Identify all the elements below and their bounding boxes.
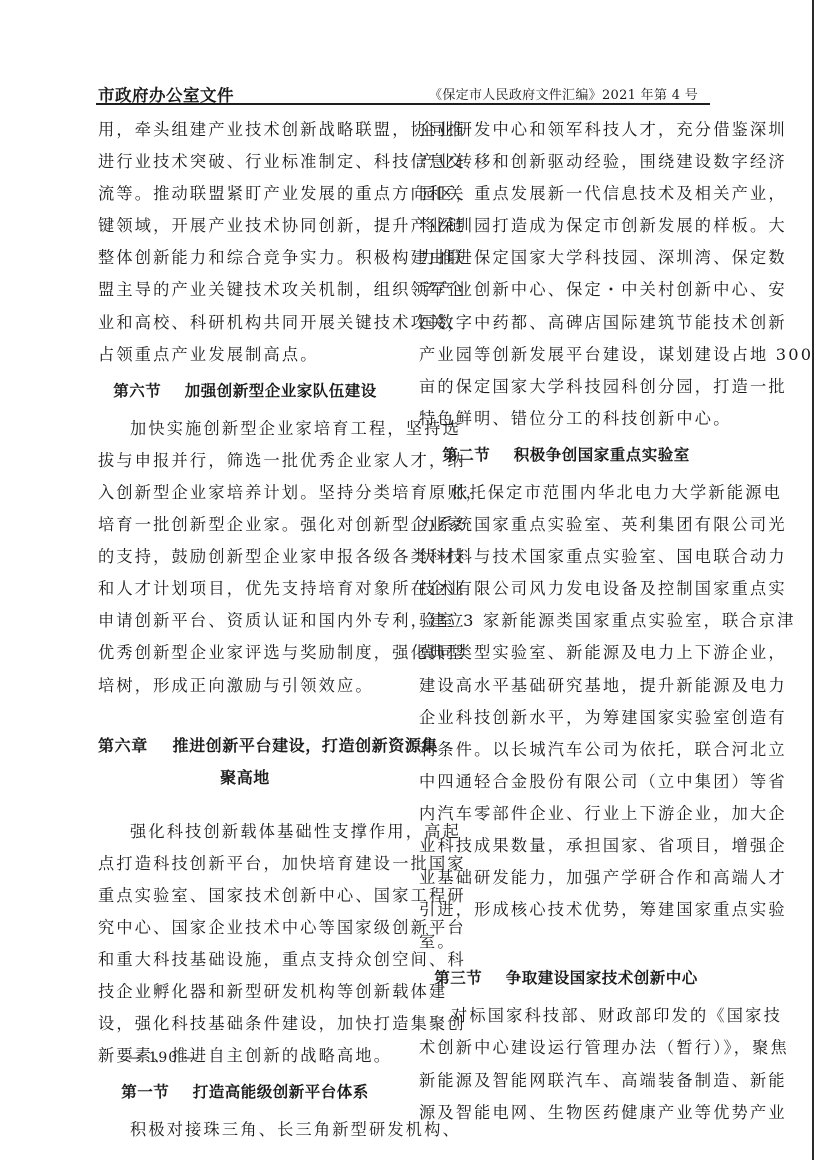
section-title-second: 第二节 积极争创国家重点实验室 (419, 439, 713, 471)
text-line: 企业研发中心和领军科技人才，充分借鉴深圳 (419, 114, 713, 146)
text-line: 业科技成果数量，承担国家、省项目，增强企 (419, 830, 713, 862)
text-line: 字产业创新中心、保定・中关村创新中心、安 (419, 274, 713, 306)
text-line: 和人才计划项目，优先支持培育对象所在企业 (98, 573, 392, 605)
text-line: 冀同类型实验室、新能源及电力上下游企业， (419, 637, 713, 669)
text-line: 用，牵头组建产业技术创新战略联盟，协同推 (98, 114, 392, 146)
text-line: 依托保定市范围内华北电力大学新能源电 (419, 477, 713, 509)
paragraph-platform-support: 强化科技创新载体基础性支撑作用，高起点打造科技创新平台，加快培育建设一批国家重点… (98, 816, 392, 1073)
text-line: 加快实施创新型企业家培育工程，坚持选 (98, 413, 392, 445)
text-line: 伏材料与技术国家重点实验室、国电联合动力 (419, 541, 713, 573)
right-column: 企业研发中心和领军科技人才，充分借鉴深圳产业转移和创新驱动经验，围绕建设数字经济… (419, 114, 713, 1129)
text-line: 中四通轻合金股份有限公司（立中集团）等省 (419, 766, 713, 798)
text-line: 利条件。以长城汽车公司为依托，联合河北立 (419, 734, 713, 766)
header-publication-title: 《保定市人民政府文件汇编》2021 年第 4 号 (429, 84, 698, 103)
text-line: 培育一批创新型企业家。强化对创新型企业家 (98, 509, 392, 541)
chapter-title-line1: 第六章 推进创新平台建设，打造创新资源集 (98, 730, 392, 762)
text-line: 企业科技创新水平，为筹建国家实验室创造有 (419, 702, 713, 734)
text-line: 国数字中药都、高碑店国际建筑节能技术创新 (419, 307, 713, 339)
text-line: 建设高水平基础研究基地，提升新能源及电力 (419, 670, 713, 702)
text-line: 技企业孵化器和新型研发机构等创新载体建 (98, 976, 392, 1008)
text-line: 键领域，开展产业技术协同创新，提升产业链 (98, 210, 392, 242)
text-line: 设，强化科技基础条件建设，加快打造集聚创 (98, 1008, 392, 1040)
text-line: 申请创新平台、资质认证和国内外专利，建立 (98, 605, 392, 637)
text-line: 技术有限公司风力发电设备及控制国家重点实 (419, 573, 713, 605)
text-line: 引进，形成核心技术优势，筹建国家重点实验 (419, 894, 713, 926)
text-line: 园区，重点发展新一代信息技术及相关产业， (419, 178, 713, 210)
text-line: 验室 3 家新能源类国家重点实验室，联合京津 (419, 605, 713, 637)
text-line: 特色鲜明、错位分工的科技创新中心。 (419, 403, 713, 435)
text-line: 术创新中心建设运行管理办法（暂行）》，聚焦 (419, 1032, 713, 1064)
text-line: 究中心、国家企业技术中心等国家级创新平台 (98, 912, 392, 944)
section-title-third: 第三节 争取建设国家技术创新中心 (419, 962, 713, 994)
left-column: 用，牵头组建产业技术创新战略联盟，协同推进行业技术突破、行业标准制定、科技信息交… (98, 114, 392, 1146)
section-title-sixth: 第六节 加强创新型企业家队伍建设 (98, 375, 392, 407)
text-line: 力推进保定国家大学科技园、深圳湾、保定数 (419, 242, 713, 274)
text-line: 的支持，鼓励创新型企业家申报各级各类科技 (98, 541, 392, 573)
paragraph-alliance: 用，牵头组建产业技术创新战略联盟，协同推进行业技术突破、行业标准制定、科技信息交… (98, 114, 392, 371)
text-line: 盟主导的产业关键技术攻关机制，组织领军企 (98, 274, 392, 306)
text-line: 业和高校、科研机构共同开展关键技术攻关， (98, 307, 392, 339)
text-line: 室。 (419, 926, 713, 958)
text-line: 将深圳园打造成为保定市创新发展的样板。大 (419, 210, 713, 242)
paragraph-pearl-yangtze: 积极对接珠三角、长三角新型研发机构、 (98, 1114, 392, 1146)
paragraph-key-labs: 依托保定市范围内华北电力大学新能源电力系统国家重点实验室、英利集团有限公司光伏材… (419, 477, 713, 958)
text-line: 内汽车零部件企业、行业上下游企业，加大企 (419, 798, 713, 830)
scan-edge-line (812, 0, 814, 1160)
text-line: 培树，形成正向激励与引领效应。 (98, 670, 392, 702)
text-line: 源及智能电网、生物医药健康产业等优势产业 (419, 1097, 713, 1129)
chapter-title-sixth: 第六章 推进创新平台建设，打造创新资源集 聚高地 (98, 730, 392, 794)
section-title-first: 第一节 打造高能级创新平台体系 (98, 1076, 392, 1108)
text-line: 入创新型企业家培养计划。坚持分类培育原则， (98, 477, 392, 509)
text-line: 新能源及智能网联汽车、高端装备制造、新能 (419, 1065, 713, 1097)
chapter-title-line2: 聚高地 (98, 762, 392, 794)
text-line: 流等。推动联盟紧盯产业发展的重点方向和关 (98, 178, 392, 210)
paragraph-shenzhen-park: 企业研发中心和领军科技人才，充分借鉴深圳产业转移和创新驱动经验，围绕建设数字经济… (419, 114, 713, 435)
text-line: 产业园等创新发展平台建设，谋划建设占地 300 (419, 339, 713, 371)
text-line: 产业转移和创新驱动经验，围绕建设数字经济 (419, 146, 713, 178)
text-line: 积极对接珠三角、长三角新型研发机构、 (98, 1114, 392, 1146)
text-line: 对标国家科技部、财政部印发的《国家技 (419, 1000, 713, 1032)
text-line: 力系统国家重点实验室、英利集团有限公司光 (419, 509, 713, 541)
text-line: 和重大科技基础设施，重点支持众创空间、科 (98, 944, 392, 976)
paragraph-tech-innovation-center: 对标国家科技部、财政部印发的《国家技术创新中心建设运行管理办法（暂行）》，聚焦新… (419, 1000, 713, 1128)
header-rule (96, 103, 710, 105)
page-number: — 190 — (128, 1050, 199, 1066)
text-line: 进行业技术突破、行业标准制定、科技信息交 (98, 146, 392, 178)
paragraph-entrepreneurs: 加快实施创新型企业家培育工程，坚持选拔与申报并行，筛选一批优秀企业家人才，纳入创… (98, 413, 392, 702)
text-line: 亩的保定国家大学科技园科创分园，打造一批 (419, 371, 713, 403)
text-line: 拔与申报并行，筛选一批优秀企业家人才，纳 (98, 445, 392, 477)
text-line: 强化科技创新载体基础性支撑作用，高起 (98, 816, 392, 848)
text-line: 重点实验室、国家技术创新中心、国家工程研 (98, 880, 392, 912)
text-line: 占领重点产业发展制高点。 (98, 339, 392, 371)
text-line: 优秀创新型企业家评选与奖励制度，强化典型 (98, 637, 392, 669)
text-line: 整体创新能力和综合竞争实力。积极构建由联 (98, 242, 392, 274)
text-line: 点打造科技创新平台，加快培育建设一批国家 (98, 848, 392, 880)
text-line: 业基础研发能力，加强产学研合作和高端人才 (419, 862, 713, 894)
page-header: 市政府办公室文件 《保定市人民政府文件汇编》2021 年第 4 号 (96, 82, 710, 104)
